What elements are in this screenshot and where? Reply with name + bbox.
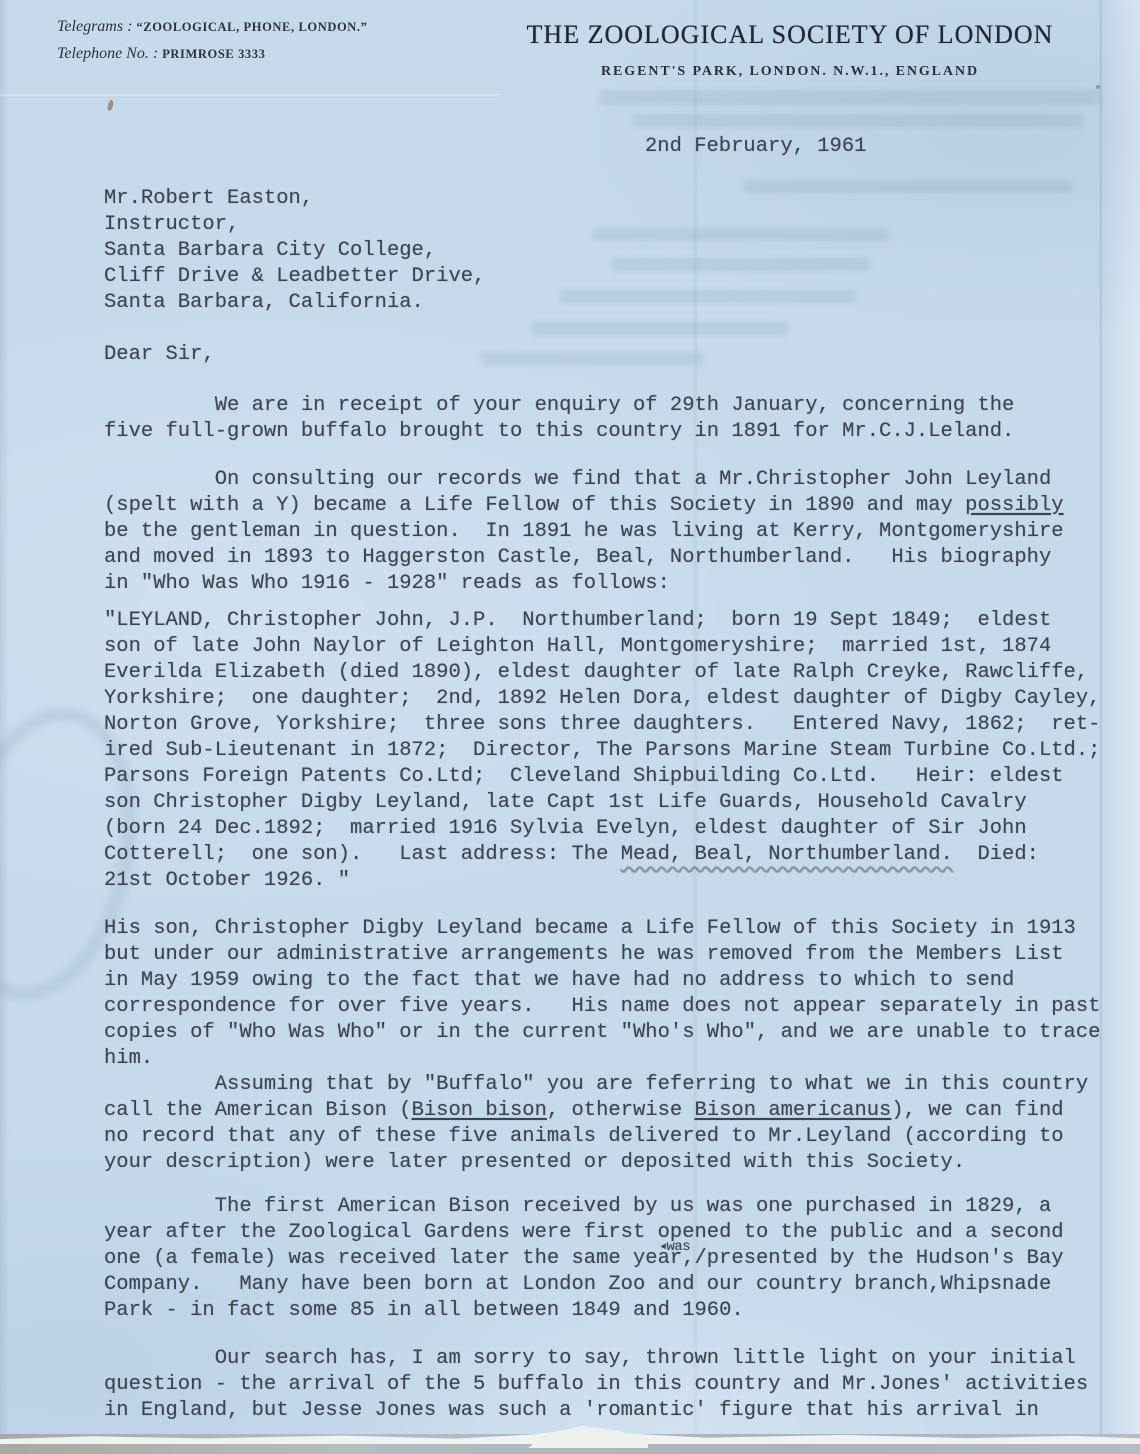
letter-line: year after the Zoological Gardens were f…	[104, 1220, 1118, 1246]
letter-paragraph: "LEYLAND, Christopher John, J.P. Northum…	[104, 608, 1118, 894]
letter-line: His son, Christopher Digby Leyland becam…	[104, 916, 1118, 942]
letter-line: Park - in fact some 85 in all between 18…	[104, 1298, 1118, 1324]
text-segment: Our search has, I am sorry to say, throw…	[104, 1347, 1076, 1370]
show-through-smudge	[632, 114, 1084, 127]
letter-line: 21st October 1926. "	[104, 868, 1118, 894]
letter-line: son Christopher Digby Leyland, late Capt…	[104, 790, 1118, 816]
recipient-line: Cliff Drive & Leadbetter Drive,	[104, 264, 1118, 290]
text-segment: Parsons Foreign Patents Co.Ltd; Clevelan…	[104, 765, 1064, 788]
text-segment: , otherwise	[547, 1099, 695, 1122]
torn-paper-notch	[528, 1426, 648, 1448]
paper-crease	[0, 94, 500, 98]
text-segment: ired Sub-Lieutenant in 1872; Director, T…	[104, 739, 1100, 762]
letter-line: Everilda Elizabeth (died 1890), eldest d…	[104, 660, 1118, 686]
show-through-smudge	[600, 90, 1100, 105]
letter-line: him.	[104, 1046, 1118, 1072]
letter-paragraph: Our search has, I am sorry to say, throw…	[104, 1346, 1118, 1424]
letter-line: be the gentleman in question. In 1891 he…	[104, 519, 1118, 545]
pencil-underlined-text: Mead, Beal, Northumberland.	[621, 843, 953, 866]
letter-line: in England, but Jesse Jones was such a '…	[104, 1398, 1118, 1424]
text-segment: copies of "Who Was Who" or in the curren…	[104, 1021, 1100, 1044]
text-segment: ), we can find	[891, 1099, 1063, 1122]
letter-line: son of late John Naylor of Leighton Hall…	[104, 634, 1118, 660]
recipient-address-block: Mr.Robert Easton,Instructor,Santa Barbar…	[104, 186, 1118, 316]
text-segment: 21st October 1926. "	[104, 869, 350, 892]
organization-address: REGENT'S PARK, LONDON. N.W.1., ENGLAND	[492, 64, 1088, 80]
letter-paragraph: On consulting our records we find that a…	[104, 467, 1118, 597]
recipient-line: Instructor,	[104, 212, 1118, 238]
letter-line: Cotterell; one son). Last address: The M…	[104, 842, 1118, 868]
text-segment: correspondence for over five years. His …	[104, 995, 1100, 1018]
letter-line: On consulting our records we find that a…	[104, 467, 1118, 493]
text-segment: question - the arrival of the 5 buffalo …	[104, 1373, 1088, 1396]
text-segment: be the gentleman in question. In 1891 he…	[104, 520, 1064, 543]
text-segment: On consulting our records we find that a…	[104, 468, 1051, 491]
recipient-line: Mr.Robert Easton,	[104, 186, 1118, 212]
text-segment: year after the Zoological Gardens were f…	[104, 1221, 1064, 1244]
underlined-text: Bison americanus	[695, 1099, 892, 1122]
letterhead-title-block: THE ZOOLOGICAL SOCIETY OF LONDON REGENT'…	[492, 20, 1088, 80]
text-segment: no record that any of these five animals…	[104, 1125, 1064, 1148]
letter-line: call the American Bison (Bison bison, ot…	[104, 1098, 1118, 1124]
text-segment: your description) were later presented o…	[104, 1151, 965, 1174]
letter-line: We are in receipt of your enquiry of 29t…	[104, 393, 1118, 419]
letter-line: "LEYLAND, Christopher John, J.P. Northum…	[104, 608, 1118, 634]
text-segment: Cotterell; one son). Last address: The	[104, 843, 621, 866]
letter-paragraph: We are in receipt of your enquiry of 29t…	[104, 393, 1118, 445]
text-segment: in England, but Jesse Jones was such a '…	[104, 1399, 1039, 1422]
text-segment: Everilda Elizabeth (died 1890), eldest d…	[104, 661, 1088, 684]
text-segment: and moved in 1893 to Haggerston Castle, …	[104, 546, 1051, 569]
text-segment: in "Who Was Who 1916 - 1928" reads as fo…	[104, 572, 670, 595]
letter-paragraph: His son, Christopher Digby Leyland becam…	[104, 916, 1118, 1072]
letter-line: The first American Bison received by us …	[104, 1194, 1118, 1220]
text-segment: son Christopher Digby Leyland, late Capt…	[104, 791, 1027, 814]
text-segment: five full-grown buffalo brought to this …	[104, 420, 1014, 443]
letter-line: Our search has, I am sorry to say, throw…	[104, 1346, 1118, 1372]
letter-line: question - the arrival of the 5 buffalo …	[104, 1372, 1118, 1398]
text-segment: but under our administrative arrangement…	[104, 943, 1064, 966]
letter-line: your description) were later presented o…	[104, 1150, 1118, 1176]
text-segment: call the American Bison (	[104, 1099, 412, 1122]
text-segment: Park - in fact some 85 in all between 18…	[104, 1299, 744, 1322]
text-segment: Assuming that by "Buffalo" you are fefer…	[104, 1073, 1088, 1096]
letter-line: Assuming that by "Buffalo" you are fefer…	[104, 1072, 1118, 1098]
letter-page: Telegrams : “ZOOLOGICAL, PHONE, LONDON.”…	[0, 0, 1140, 1454]
salutation: Dear Sir,	[104, 342, 1118, 368]
text-segment: /presented by the Hudson's Bay	[695, 1247, 1064, 1270]
letter-line: Yorkshire; one daughter; 2nd, 1892 Helen…	[104, 686, 1118, 712]
underlined-text: possibly	[965, 494, 1063, 517]
telegrams-value: “ZOOLOGICAL, PHONE, LONDON.”	[136, 20, 367, 34]
text-segment: in May 1959 owing to the fact that we ha…	[104, 969, 1014, 992]
letter-line: copies of "Who Was Who" or in the curren…	[104, 1020, 1118, 1046]
letter-line: Norton Grove, Yorkshire; three sons thre…	[104, 712, 1118, 738]
letter-line: (born 24 Dec.1892; married 1916 Sylvia E…	[104, 816, 1118, 842]
letter-date: 2nd February, 1961	[645, 134, 866, 160]
telephone-line: Telephone No. : PRIMROSE 3333	[57, 45, 367, 63]
telephone-value: PRIMROSE 3333	[162, 47, 265, 61]
text-segment: Company. Many have been born at London Z…	[104, 1273, 1051, 1296]
letter-content: Mr.Robert Easton,Instructor,Santa Barbar…	[104, 186, 1118, 1424]
text-segment: Died:	[953, 843, 1039, 866]
text-segment: We are in receipt of your enquiry of 29t…	[104, 394, 1014, 417]
text-segment: Norton Grove, Yorkshire; three sons thre…	[104, 713, 1100, 736]
text-segment: (born 24 Dec.1892; married 1916 Sylvia E…	[104, 817, 1027, 840]
letter-line: five full-grown buffalo brought to this …	[104, 419, 1118, 445]
telegrams-line: Telegrams : “ZOOLOGICAL, PHONE, LONDON.”	[57, 18, 367, 36]
recipient-line: Santa Barbara, California.	[104, 290, 1118, 316]
text-segment: son of late John Naylor of Leighton Hall…	[104, 635, 1051, 658]
letter-line: and moved in 1893 to Haggerston Castle, …	[104, 545, 1118, 571]
text-segment: "LEYLAND, Christopher John, J.P. Northum…	[104, 609, 1051, 632]
letterhead-contact-block: Telegrams : “ZOOLOGICAL, PHONE, LONDON.”…	[57, 18, 367, 72]
letter-line: one (a female) was received later the sa…	[104, 1246, 1118, 1272]
letter-line: in "Who Was Who 1916 - 1928" reads as fo…	[104, 571, 1118, 597]
paper-speck	[1096, 85, 1100, 89]
letter-line: correspondence for over five years. His …	[104, 994, 1118, 1020]
letter-line: in May 1959 owing to the fact that we ha…	[104, 968, 1118, 994]
text-segment: (spelt with a Y) became a Life Fellow of…	[104, 494, 965, 517]
organization-title: THE ZOOLOGICAL SOCIETY OF LONDON	[492, 20, 1088, 50]
letter-paragraph: The first American Bison received by us …	[104, 1194, 1118, 1324]
text-segment: His son, Christopher Digby Leyland becam…	[104, 917, 1076, 940]
text-segment: Yorkshire; one daughter; 2nd, 1892 Helen…	[104, 687, 1100, 710]
text-segment: him.	[104, 1047, 153, 1070]
letter-line: ired Sub-Lieutenant in 1872; Director, T…	[104, 738, 1118, 764]
underlined-text: Bison bison	[412, 1099, 547, 1122]
letter-body: We are in receipt of your enquiry of 29t…	[104, 393, 1118, 1424]
letter-line: but under our administrative arrangement…	[104, 942, 1118, 968]
letter-line: Company. Many have been born at London Z…	[104, 1272, 1118, 1298]
recipient-line: Santa Barbara City College,	[104, 238, 1118, 264]
text-segment: one (a female) was received later the sa…	[104, 1247, 695, 1270]
telegrams-label: Telegrams :	[57, 18, 132, 35]
letter-paragraph: Assuming that by "Buffalo" you are fefer…	[104, 1072, 1118, 1176]
text-segment: The first American Bison received by us …	[104, 1195, 1051, 1218]
telephone-label: Telephone No. :	[57, 45, 158, 62]
letter-line: no record that any of these five animals…	[104, 1124, 1118, 1150]
paper-stain	[106, 99, 114, 111]
letter-line: Parsons Foreign Patents Co.Ltd; Clevelan…	[104, 764, 1118, 790]
letter-line: (spelt with a Y) became a Life Fellow of…	[104, 493, 1118, 519]
